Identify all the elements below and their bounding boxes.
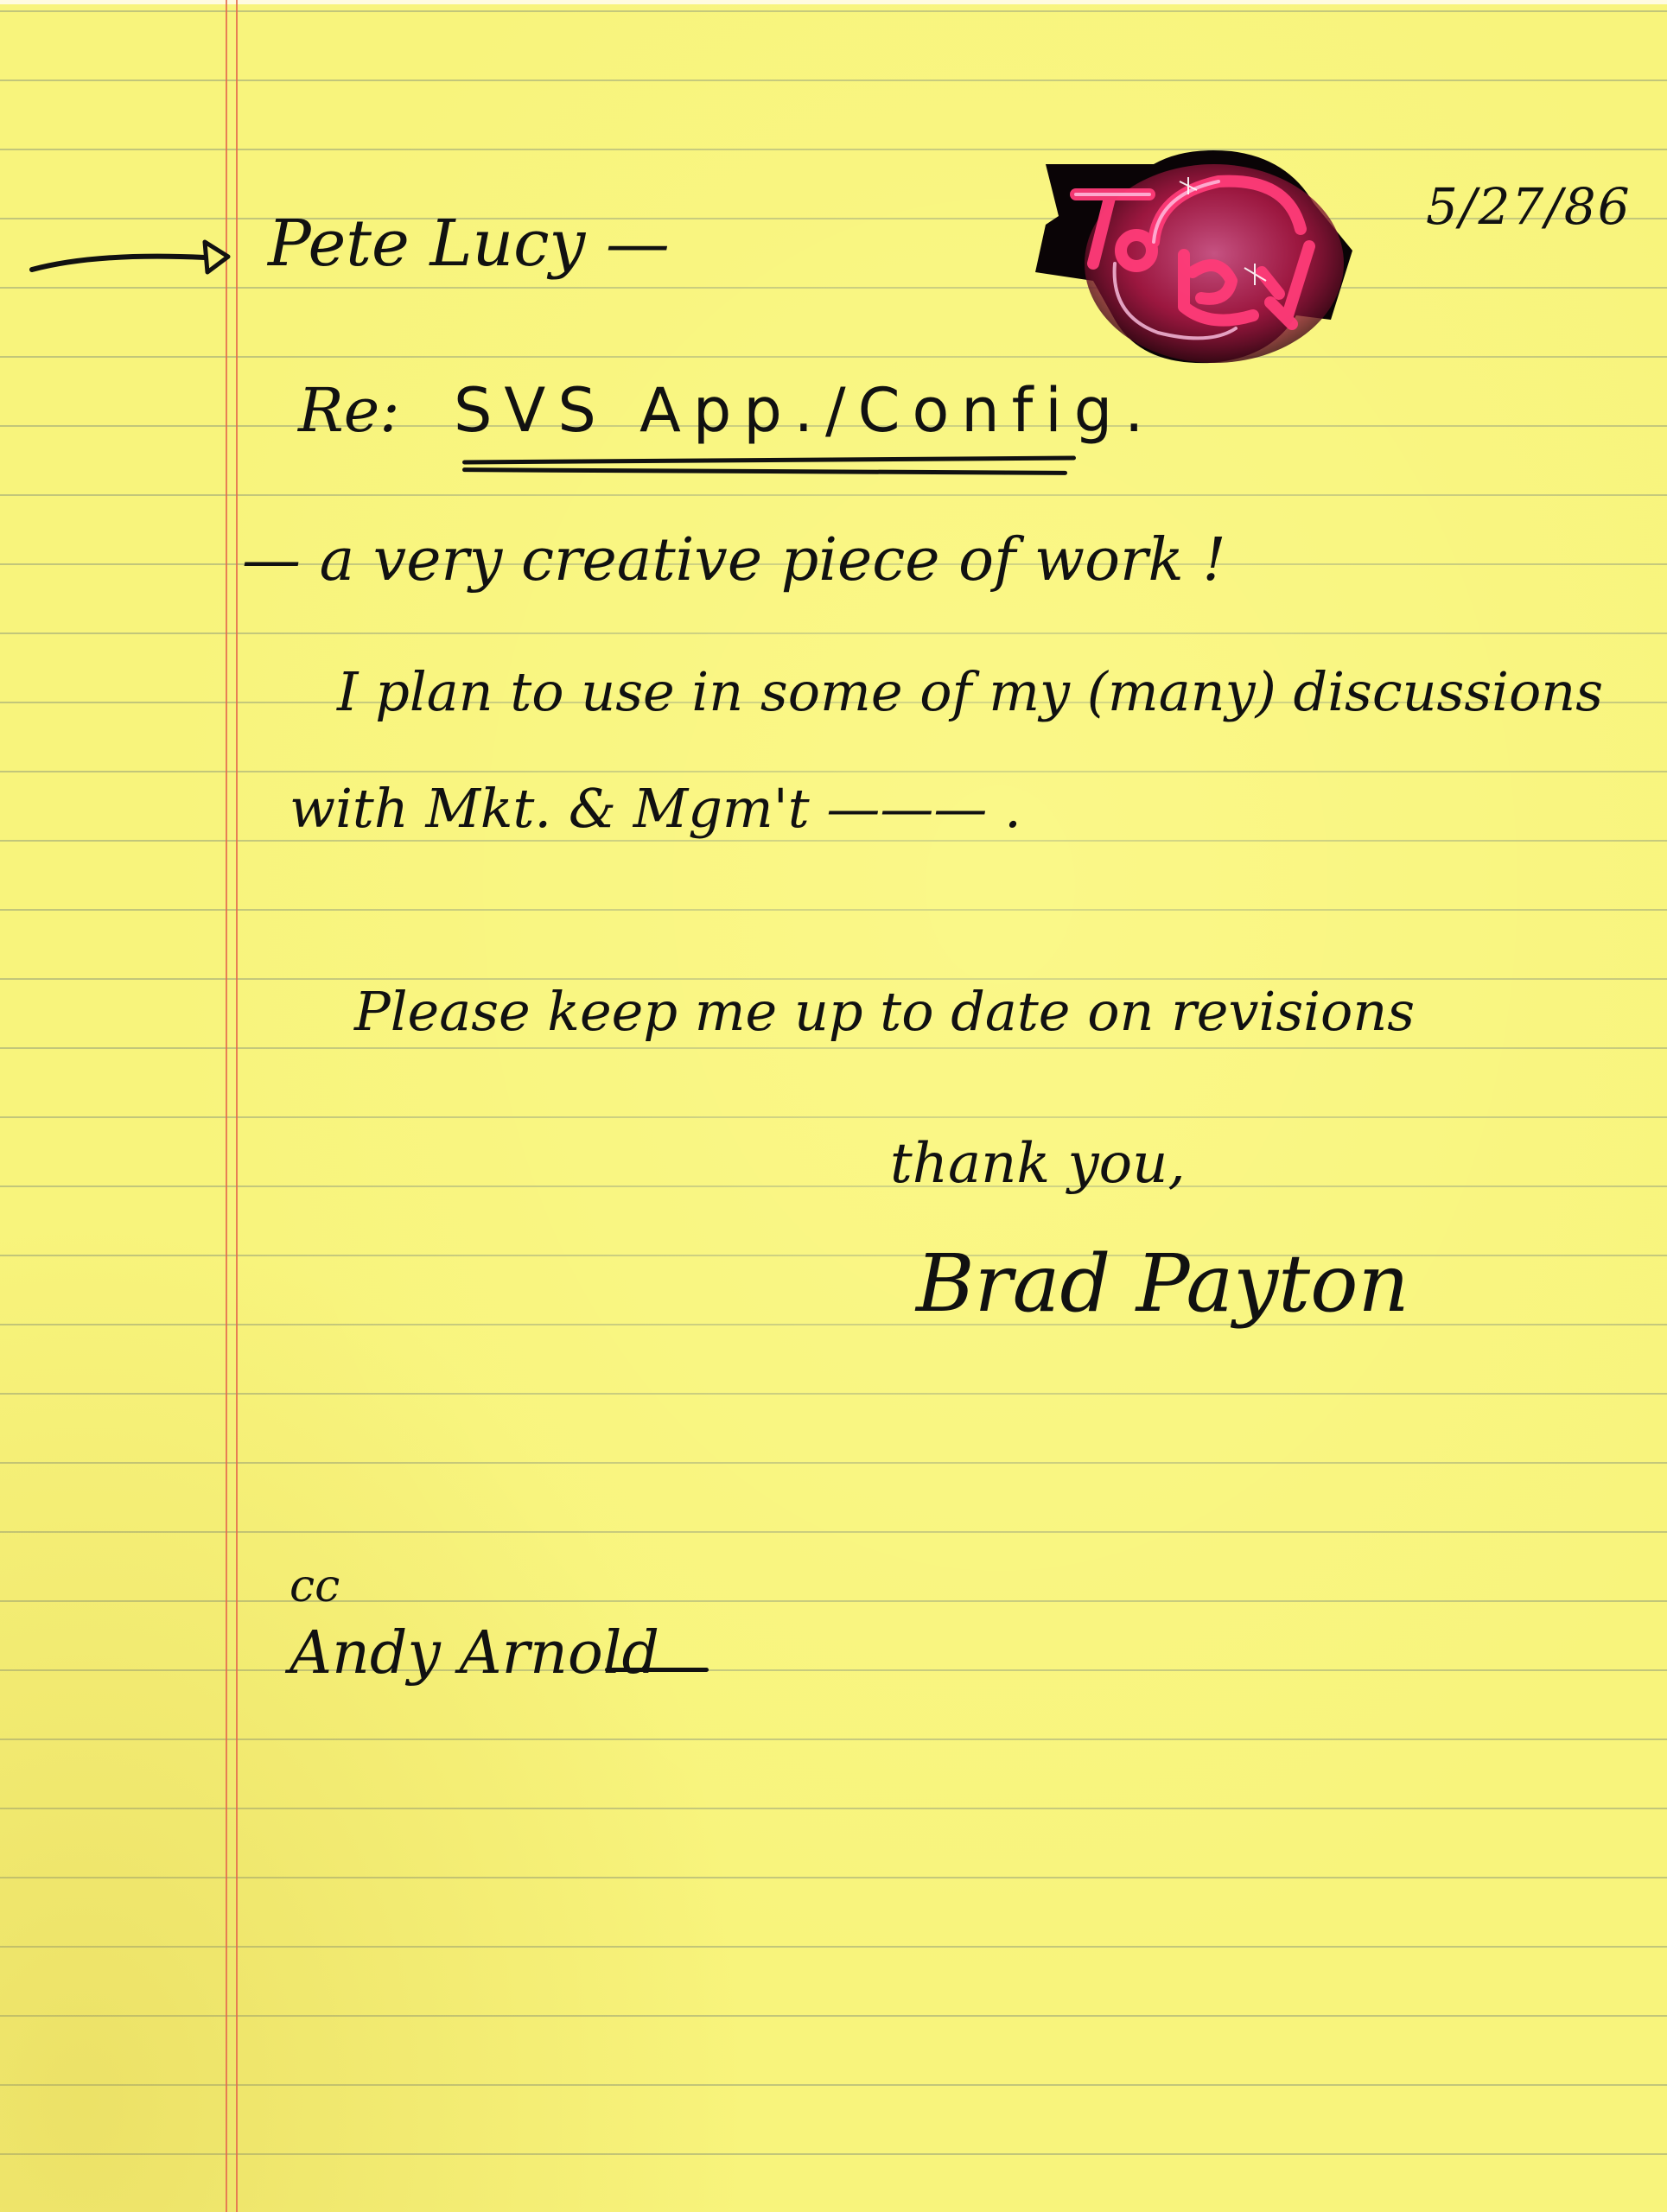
body-line-1: — a very creative piece of work ! bbox=[242, 531, 1226, 590]
margin-line-right bbox=[236, 0, 238, 2212]
cc-label: cc bbox=[289, 1564, 340, 1609]
body-line-3: with Mkt. & Mgm't ——— . bbox=[289, 782, 1021, 836]
closing-text: thank you, bbox=[890, 1136, 1186, 1192]
subject-text: SVS App./Config. bbox=[454, 380, 1155, 441]
cc-name-flourish bbox=[605, 1668, 709, 1672]
subject-underline-2 bbox=[462, 467, 1067, 475]
signature: Brad Payton bbox=[916, 1244, 1409, 1324]
subject-underline-1 bbox=[462, 456, 1076, 465]
subject-prefix: Re: bbox=[298, 380, 400, 441]
legal-pad-page: 5/27/86 Pete Lucy — Re: SVS App./Config.… bbox=[0, 0, 1667, 2212]
arrow-right-icon bbox=[19, 233, 231, 276]
note-date: 5/27/86 bbox=[1426, 181, 1632, 232]
top-1-sticker-icon bbox=[1011, 143, 1374, 367]
paper-top-edge bbox=[0, 0, 1667, 4]
body-line-4: Please keep me up to date on revisions bbox=[354, 985, 1415, 1039]
cc-name: Andy Arnold bbox=[289, 1624, 659, 1683]
recipient-name: Pete Lucy — bbox=[268, 212, 670, 276]
margin-line-left bbox=[226, 0, 227, 2212]
body-line-2: I plan to use in some of my (many) discu… bbox=[337, 665, 1603, 719]
